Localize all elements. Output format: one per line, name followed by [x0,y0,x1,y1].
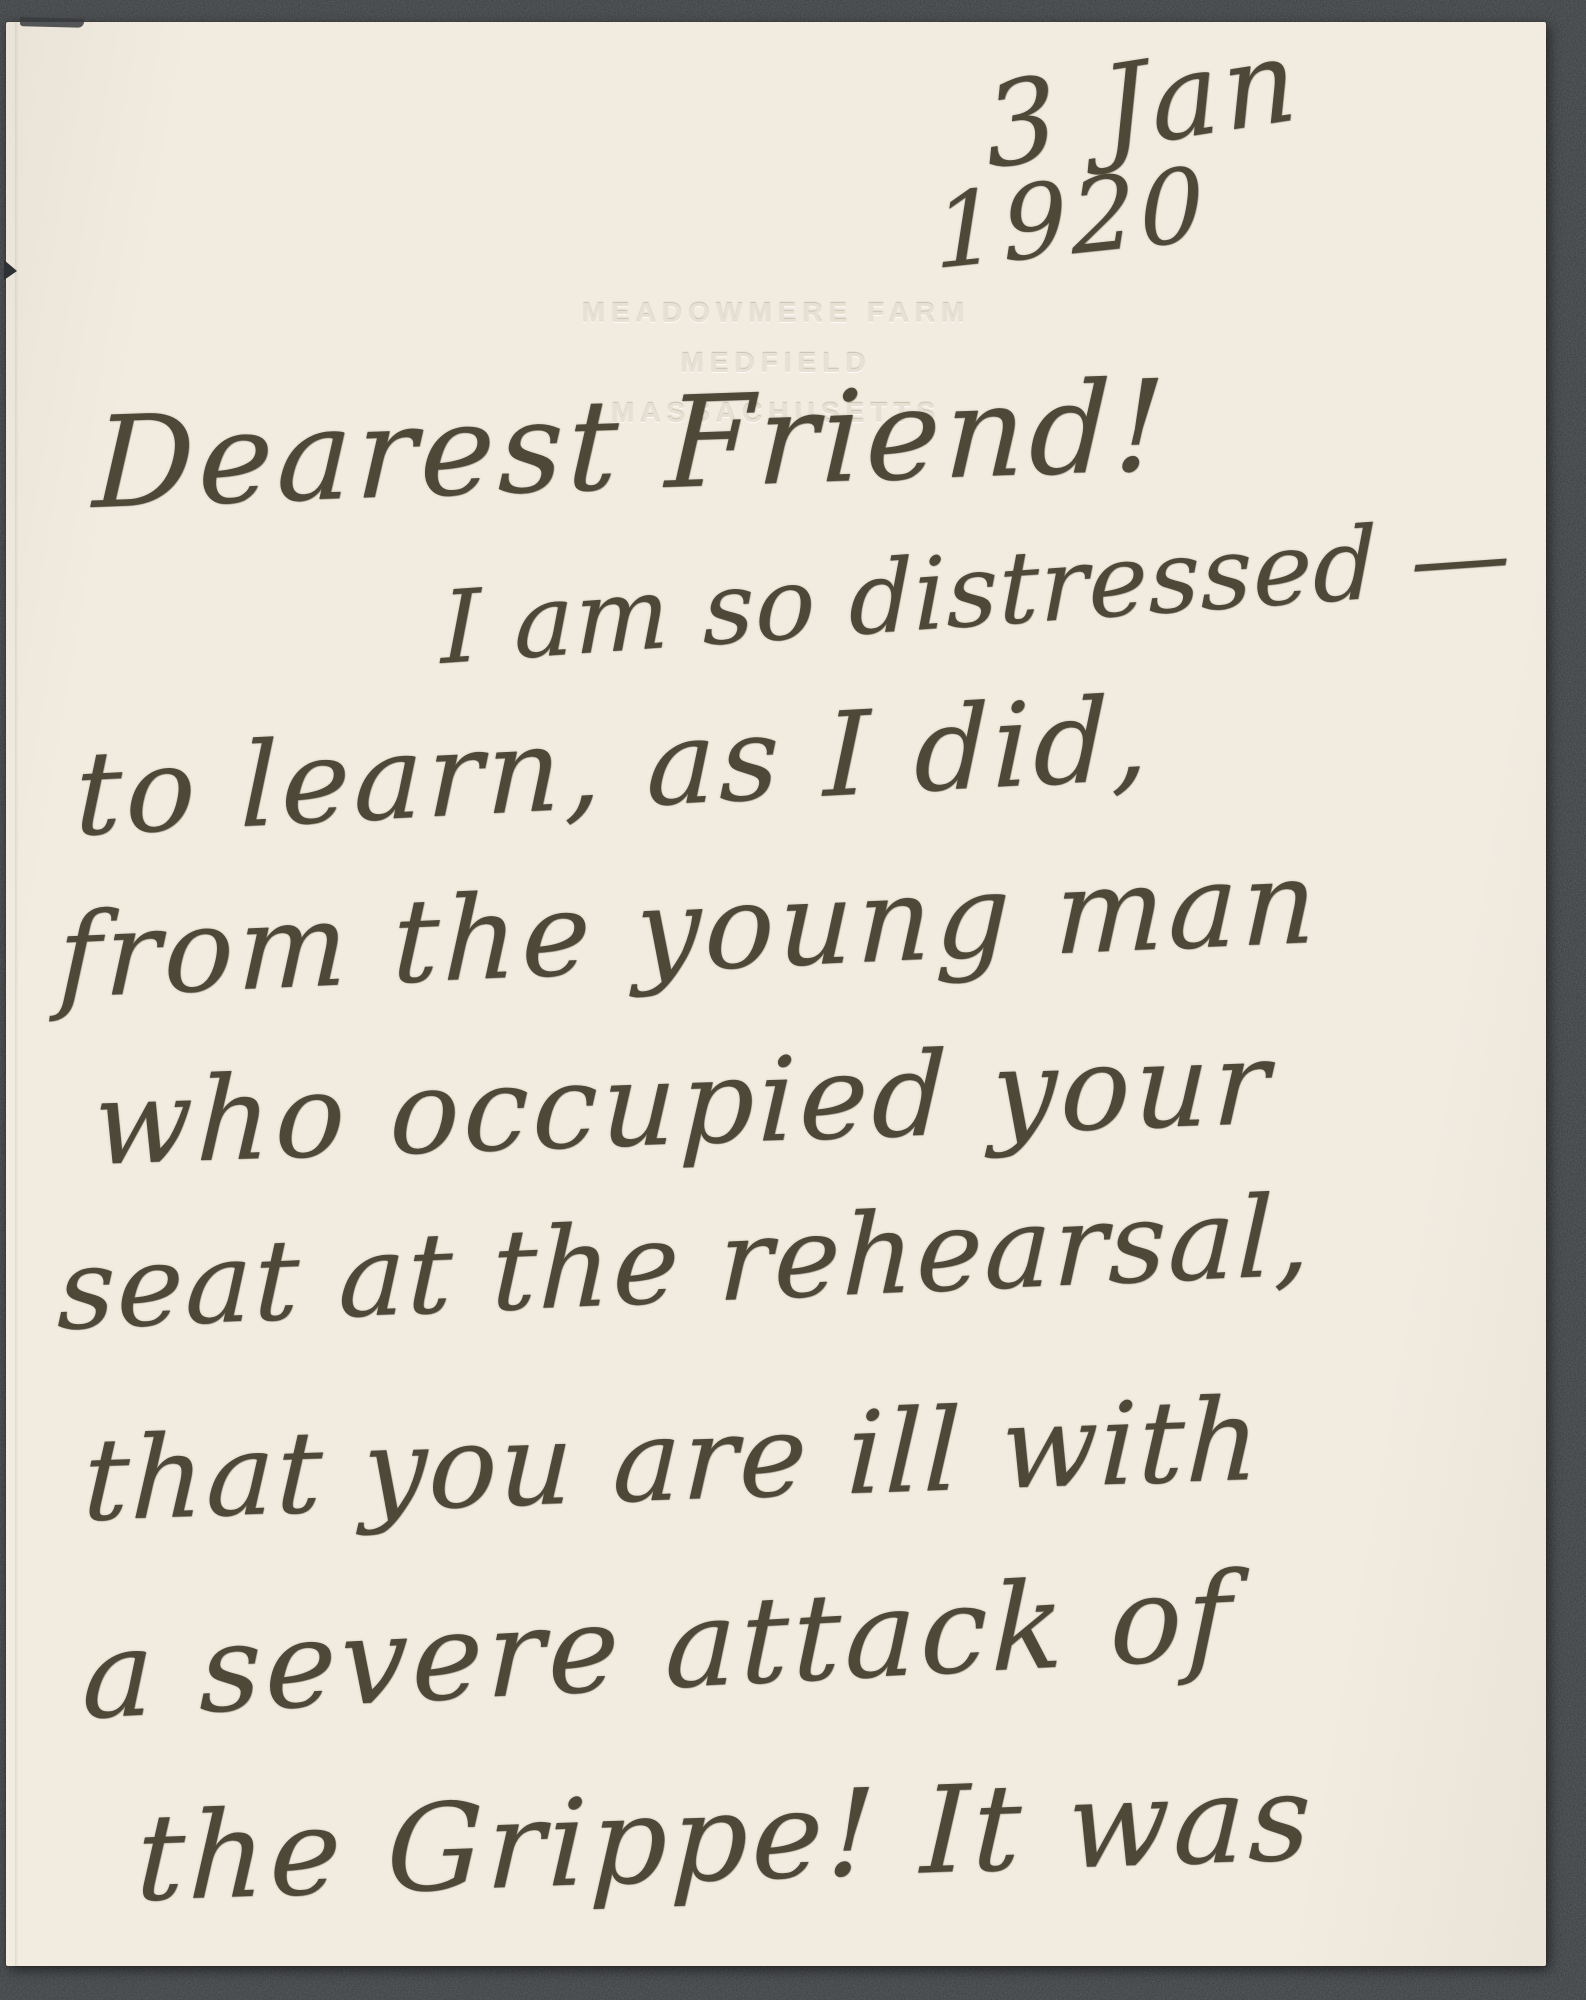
handwritten-line: I am so distressed — [441,495,1511,687]
scan-canvas: MEADOWMERE FARM MEDFIELD MASSACHUSETTS 3… [0,0,1586,2000]
handwritten-line: the Grippe! It was [134,1749,1317,1929]
letterhead-farm-name: MEADOWMERE FARM [582,288,971,338]
paper-corner-tear [20,17,84,28]
salutation-line: Dearest Friend! [91,352,1171,537]
handwritten-line: who occupied your [91,1016,1275,1192]
handwritten-line: that you are ill with [81,1373,1264,1547]
paper-fold-crease [15,22,18,1966]
date-year: 1920 [932,145,1210,293]
handwritten-line: a severe attack of [81,1547,1236,1747]
handwritten-line: to learn, as I did, [74,671,1154,863]
handwritten-line: from the young man [56,835,1322,1025]
letter-page: MEADOWMERE FARM MEDFIELD MASSACHUSETTS 3… [6,22,1546,1966]
handwritten-line: seat at the rehearsal, [56,1171,1314,1356]
